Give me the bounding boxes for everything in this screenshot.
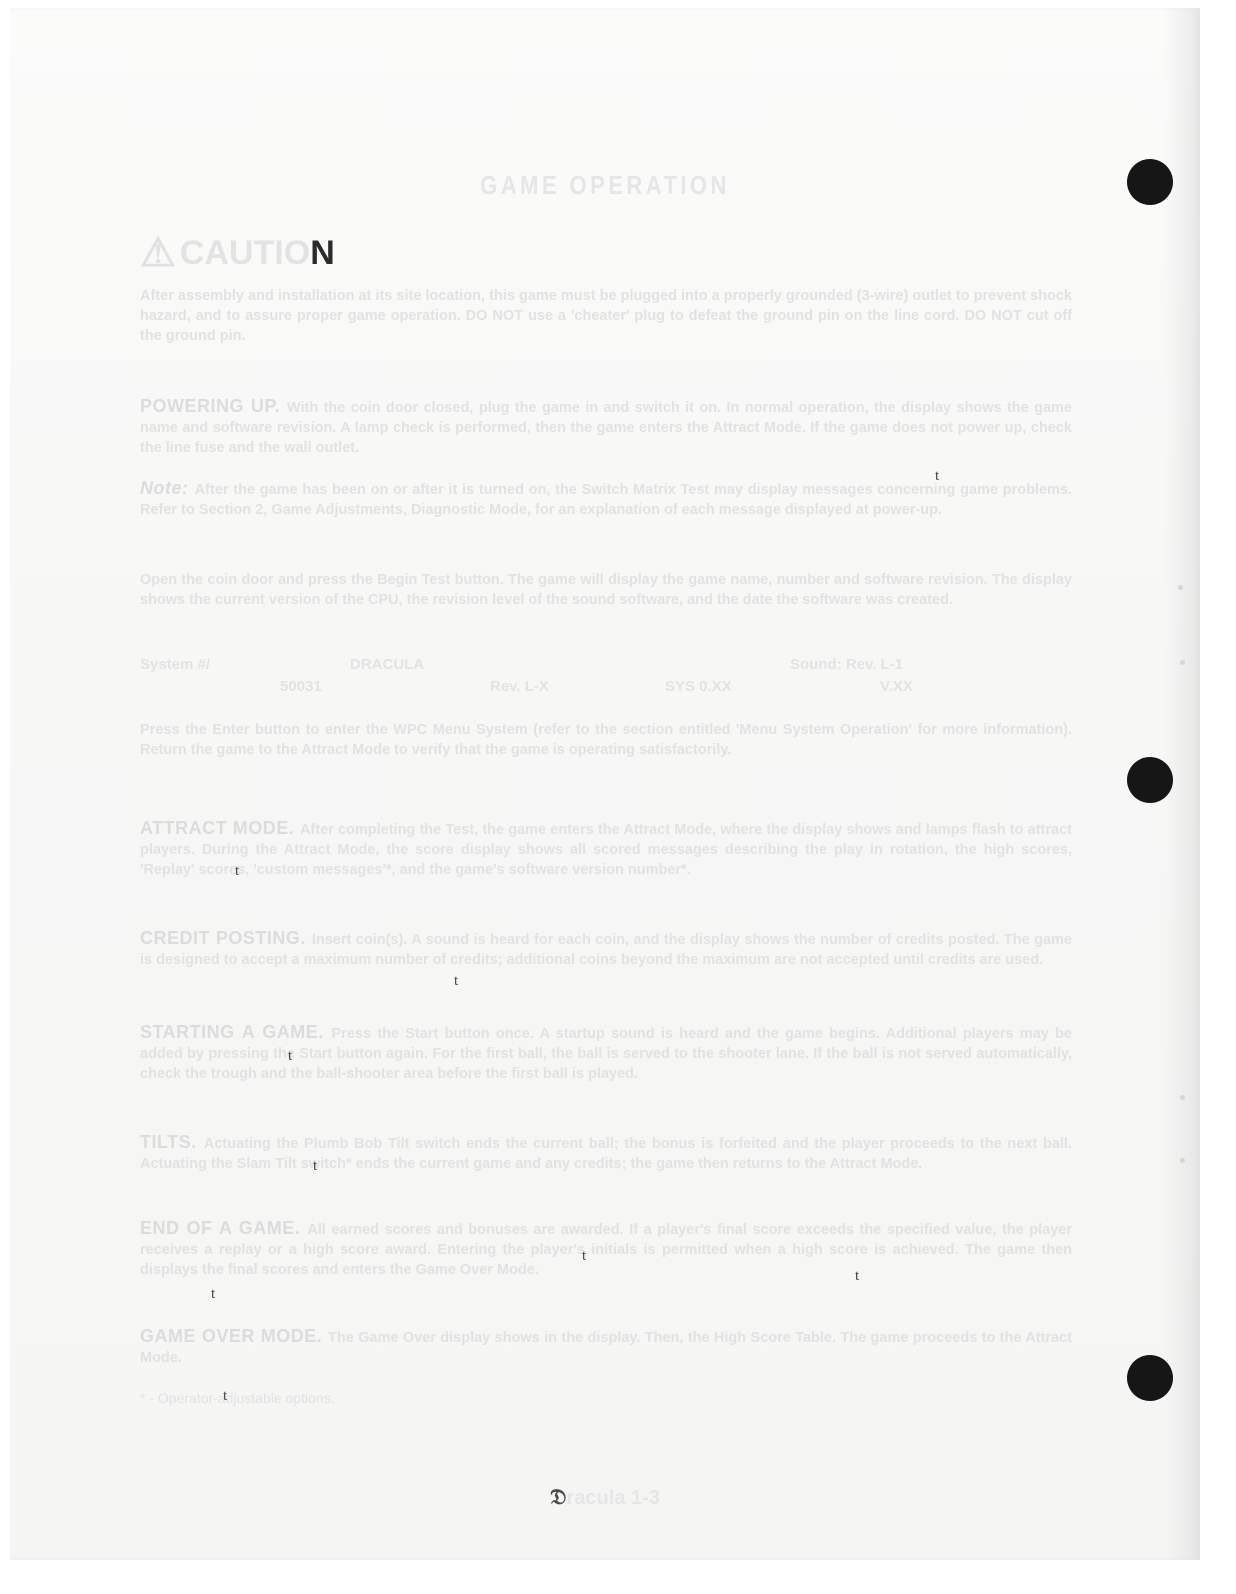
ink-mark: t — [211, 1286, 215, 1303]
page-title: GAME OPERATION — [99, 170, 1111, 201]
warning-triangle-icon: ⚠ — [140, 230, 176, 276]
section-end-of-game: END OF A GAME. All earned scores and bon… — [140, 1218, 1072, 1280]
section-tilts: TILTS. Actuating the Plumb Bob Tilt swit… — [140, 1132, 1072, 1174]
section-heading: ATTRACT MODE. — [140, 818, 300, 838]
ink-mark: t — [235, 863, 239, 880]
section-heading: CREDIT POSTING. — [140, 928, 312, 948]
binder-hole-top — [1127, 159, 1173, 205]
game-number: 50031 — [280, 678, 322, 695]
ink-mark: t — [855, 1268, 859, 1285]
paper-speck — [1180, 1158, 1185, 1163]
section-menu-system: Press the Enter button to enter the WPC … — [140, 720, 1072, 760]
section-starting-a-game: STARTING A GAME. Press the Start button … — [140, 1022, 1072, 1084]
sys-label: SYS 0.XX — [665, 678, 732, 695]
section-text: Press the Enter button to enter the WPC … — [140, 722, 1072, 758]
paper-speck — [1180, 1095, 1185, 1100]
caution-body: After assembly and installation at its s… — [140, 286, 1072, 346]
paper-speck — [1180, 660, 1185, 665]
ink-mark: t — [313, 1158, 317, 1175]
section-text: Actuating the Plumb Bob Tilt switch ends… — [140, 1136, 1072, 1172]
version: V.XX — [880, 678, 913, 695]
page-footer: 𝔇racula 1-3 — [10, 1484, 1200, 1510]
section-heading: END OF A GAME. — [140, 1218, 307, 1238]
section-note: Note: After the game has been on or afte… — [140, 478, 1072, 520]
section-heading: Note: — [140, 478, 195, 498]
section-begin-test: Open the coin door and press the Begin T… — [140, 570, 1072, 610]
footnote: * - Operator-adjustable options. — [140, 1390, 335, 1406]
caution-label: CAUTIO — [180, 234, 310, 273]
paper-speck — [1178, 585, 1183, 590]
ink-mark: t — [288, 1048, 292, 1065]
footer-label: racula 1-3 — [566, 1487, 659, 1509]
binder-hole-middle — [1127, 757, 1173, 803]
section-attract-mode: ATTRACT MODE. After completing the Test,… — [140, 818, 1072, 880]
section-credit-posting: CREDIT POSTING. Insert coin(s). A sound … — [140, 928, 1072, 970]
ink-mark: t — [935, 468, 939, 485]
manual-page: GAME OPERATION ⚠ CAUTIO N After assembly… — [10, 8, 1200, 1560]
ink-mark: t — [454, 973, 458, 990]
section-text: Open the coin door and press the Begin T… — [140, 572, 1072, 608]
section-game-over-mode: GAME OVER MODE. The Game Over display sh… — [140, 1326, 1072, 1368]
system-info: System #/ DRACULA Sound: Rev. L-1 50031 … — [140, 656, 1072, 700]
caution-label-dark-letter: N — [310, 234, 335, 273]
binder-hole-bottom — [1127, 1355, 1173, 1401]
section-heading: STARTING A GAME. — [140, 1022, 332, 1042]
section-text: After the game has been on or after it i… — [140, 482, 1072, 518]
section-heading: GAME OVER MODE. — [140, 1326, 328, 1346]
game-name: DRACULA — [350, 656, 424, 673]
ink-mark: t — [582, 1248, 586, 1265]
section-heading: POWERING UP. — [140, 396, 287, 416]
sound-label: Sound: Rev. L-1 — [790, 656, 903, 673]
rev-label: Rev. L-X — [490, 678, 549, 695]
dracula-logo-icon: 𝔇 — [550, 1484, 566, 1510]
caution-heading: ⚠ CAUTIO N — [140, 230, 335, 276]
section-heading: TILTS. — [140, 1132, 204, 1152]
section-powering-up: POWERING UP. With the coin door closed, … — [140, 396, 1072, 458]
ink-mark: t — [223, 1388, 227, 1405]
system-label: System #/ — [140, 656, 210, 673]
